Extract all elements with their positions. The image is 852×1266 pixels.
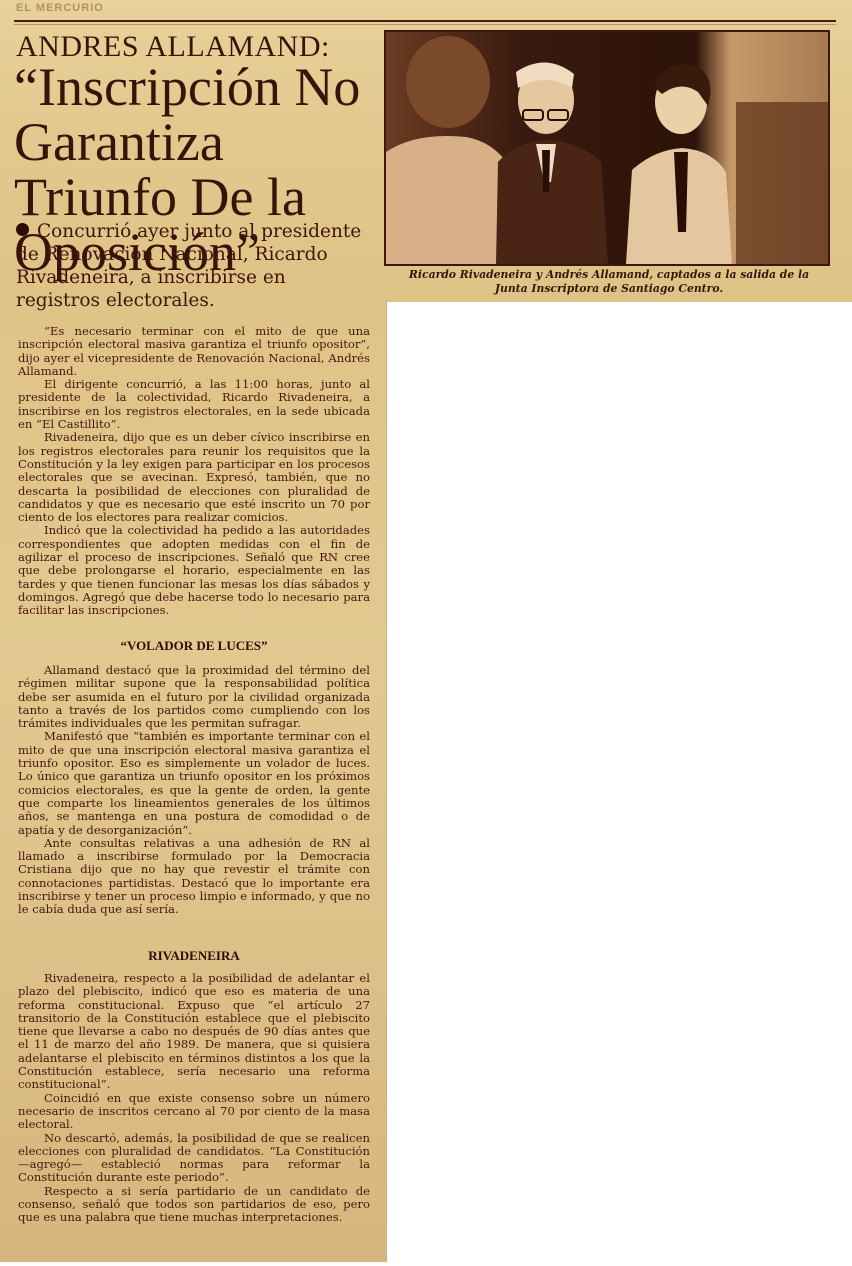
subhead-rivadeneira: RIVADENEIRA [18,948,370,964]
paragraph: Allamand destacó que la proximidad del t… [18,664,370,730]
article-body-section-1: “Es necesario terminar con el mito de qu… [18,325,370,618]
paragraph: Indicó que la colectividad ha pedido a l… [18,524,370,617]
bullet-icon [16,223,29,236]
paragraph: “Es necesario terminar con el mito de qu… [18,325,370,378]
article-body-section-3: Rivadeneira, respecto a la posibilidad d… [18,972,370,1225]
paragraph: Rivadeneira, respecto a la posibilidad d… [18,972,370,1092]
masthead: EL MERCURIO [16,2,836,20]
article-deck: Concurrió ayer junto al presidente de Re… [16,220,372,312]
paragraph: No descartó, además, la posibilidad de q… [18,1132,370,1185]
paragraph: Manifestó que “también es importante ter… [18,730,370,836]
top-rule [14,20,836,22]
caption-line-2: Junta Inscriptora de Santiago Centro. [384,282,834,296]
deck-text: Concurrió ayer junto al presidente de Re… [16,221,361,311]
top-rule-thin [14,24,836,25]
article-photo [384,30,830,266]
paragraph: Respecto a si sería partidario de un can… [18,1185,370,1225]
photo-illustration [386,32,828,264]
paragraph: Rivadeneira, dijo que es un deber cívico… [18,431,370,524]
caption-line-1: Ricardo Rivadeneira y Andrés Allamand, c… [384,268,834,282]
article-body-section-2: Allamand destacó que la proximidad del t… [18,664,370,917]
paragraph: Ante consultas relativas a una adhesión … [18,837,370,917]
paragraph: Coincidió en que existe consenso sobre u… [18,1092,370,1132]
photo-caption: Ricardo Rivadeneira y Andrés Allamand, c… [384,268,834,296]
paragraph: El dirigente concurrió, a las 11:00 hora… [18,378,370,431]
subhead-volador-de-luces: “VOLADOR DE LUCES” [18,638,370,654]
